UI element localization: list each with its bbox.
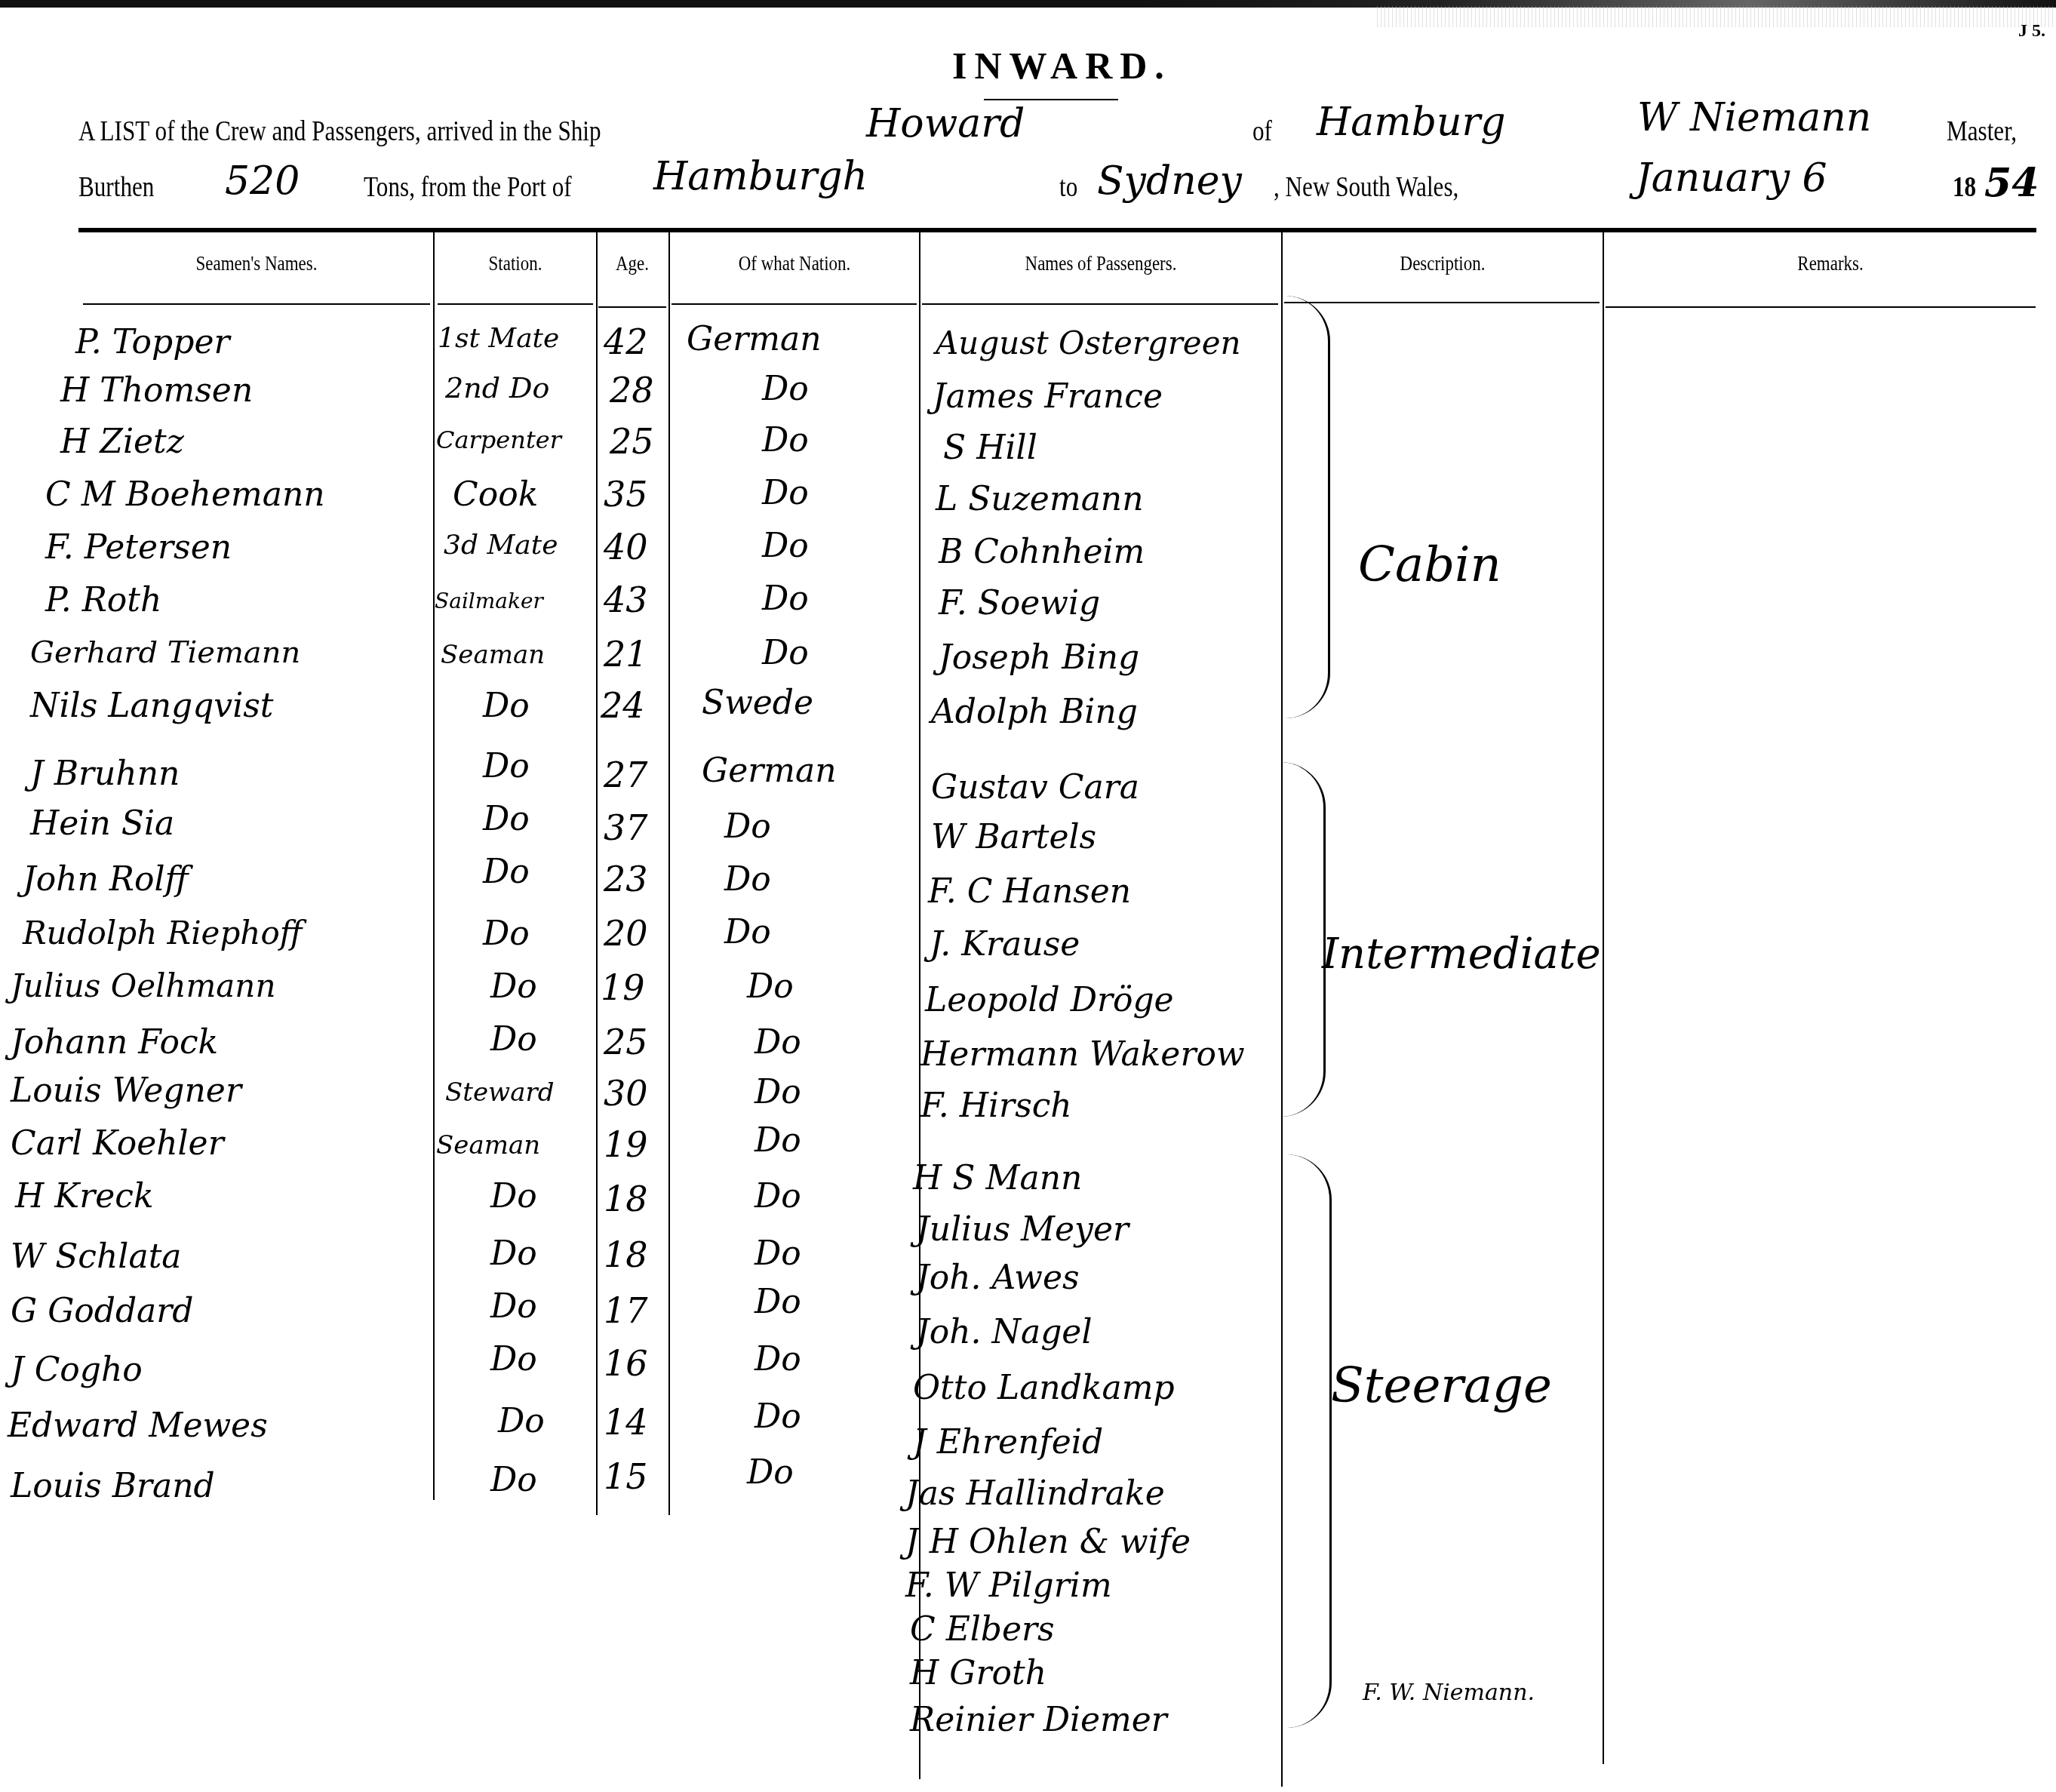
burthen-label: Burthen <box>78 171 154 204</box>
crew-nation: Do <box>754 1397 801 1436</box>
crew-nation: Do <box>754 1283 801 1321</box>
passenger-name: Julius Meyer <box>916 1210 1129 1249</box>
crew-nation: Do <box>747 967 794 1006</box>
crew-station: Do <box>490 967 537 1006</box>
crew-age: 19 <box>604 1124 648 1165</box>
crew-name: F. Petersen <box>45 528 232 567</box>
colony-label: , New South Wales, <box>1274 171 1458 204</box>
manifest-page: INWARD. J 5. A LIST of the Crew and Pass… <box>0 0 2056 1792</box>
crew-age: 28 <box>610 370 654 410</box>
crew-nation: Do <box>754 1340 801 1379</box>
passenger-name: Joh. Nagel <box>916 1313 1092 1351</box>
crew-age: 24 <box>601 685 645 726</box>
passenger-name: Leopold Dröge <box>925 981 1174 1019</box>
header-nation: Of what Nation. <box>693 252 897 276</box>
tons-value: 520 <box>225 158 300 204</box>
passenger-name: W Bartels <box>931 818 1096 856</box>
crew-station: Do <box>490 1177 537 1216</box>
crew-name: Louis Brand <box>11 1467 215 1505</box>
crew-nation: Do <box>754 1121 801 1160</box>
crew-station: Cook <box>453 475 538 514</box>
tons-label: Tons, from the Port of <box>364 171 572 204</box>
crew-station: Do <box>498 1402 545 1440</box>
passenger-name: J. Krause <box>930 925 1080 964</box>
passenger-name: J Ehrenfeid <box>913 1423 1103 1462</box>
crew-age: 37 <box>604 807 648 848</box>
ship-port-field: Hamburg <box>1317 100 1506 145</box>
crew-name: John Rolff <box>23 860 189 899</box>
header-underline <box>1606 306 2036 308</box>
crew-nation: German <box>687 320 822 358</box>
crew-name: Rudolph Riephoff <box>23 914 302 951</box>
crew-station: Do <box>490 1340 537 1379</box>
header-seamen-names: Seamen's Names. <box>114 252 398 276</box>
crew-station: 2nd Do <box>445 371 549 404</box>
header-age: Age. <box>603 252 662 276</box>
list-heading-text: A LIST of the Crew and Passengers, arriv… <box>78 115 601 148</box>
crew-age: 40 <box>604 527 648 567</box>
of-label: of <box>1252 115 1272 148</box>
passenger-name: S Hill <box>943 429 1037 467</box>
crew-station: Do <box>490 1234 537 1273</box>
crew-name: H Thomsen <box>60 371 253 410</box>
crew-age: 18 <box>604 1234 648 1275</box>
crew-station: Do <box>483 747 530 785</box>
crew-name: P. Topper <box>75 323 230 361</box>
crew-nation: Do <box>754 1023 801 1062</box>
crew-nation: Do <box>754 1177 801 1216</box>
crew-age: 42 <box>604 321 648 362</box>
passenger-name: Joseph Bing <box>939 638 1139 677</box>
passenger-name: Reinier Diemer <box>910 1701 1167 1739</box>
destination-field: Sydney <box>1097 158 1242 204</box>
crew-age: 25 <box>610 421 654 462</box>
passenger-name: H Groth <box>910 1654 1046 1692</box>
crew-name: Carl Koehler <box>11 1124 224 1163</box>
crew-nation: Do <box>762 579 809 618</box>
crew-nation: Do <box>762 634 809 672</box>
passenger-name: Otto Landkamp <box>913 1369 1175 1407</box>
header-underline <box>83 303 430 305</box>
crew-name: Gerhard Tiemann <box>30 635 300 670</box>
passenger-name: Adolph Bing <box>931 693 1138 731</box>
crew-age: 27 <box>604 755 648 795</box>
crew-age: 15 <box>604 1456 648 1497</box>
crew-name: J Bruhnn <box>30 755 180 793</box>
master-name-field: W Niemann <box>1637 95 1871 140</box>
table-top-rule <box>78 228 2036 232</box>
crew-name: C M Boehemann <box>45 475 325 514</box>
passenger-name: J H Ohlen & wife <box>905 1523 1191 1561</box>
passenger-name: Joh. Awes <box>916 1259 1080 1297</box>
crew-name: Nils Langqvist <box>30 687 274 725</box>
header-underline <box>672 303 917 305</box>
crew-age: 21 <box>604 634 648 675</box>
ship-name-field: Howard <box>866 101 1025 146</box>
crew-nation: Do <box>762 370 809 408</box>
crew-station: Do <box>483 687 530 725</box>
scan-noise <box>1377 6 2056 27</box>
crew-age: 14 <box>604 1402 648 1443</box>
passenger-name: F. W Pilgrim <box>905 1566 1112 1605</box>
passenger-name: August Ostergreen <box>936 324 1241 361</box>
crew-station: Do <box>490 1461 537 1499</box>
crew-name: J Cogho <box>11 1351 143 1389</box>
description-cabin: Cabin <box>1358 537 1501 593</box>
crew-station: Do <box>483 853 530 891</box>
crew-station: 1st Mate <box>438 323 559 354</box>
crew-name: Hein Sia <box>30 804 174 843</box>
crew-station: Steward <box>445 1077 554 1108</box>
header-passenger-names: Names of Passengers. <box>953 252 1249 276</box>
passenger-name: C Elbers <box>910 1610 1055 1649</box>
crew-nation: Do <box>724 807 771 846</box>
passenger-name: H S Mann <box>913 1159 1082 1197</box>
crew-nation: Do <box>754 1234 801 1273</box>
crew-nation: Do <box>762 527 809 565</box>
crew-station: Seaman <box>436 1130 540 1160</box>
crew-age: 18 <box>604 1179 648 1219</box>
crew-nation: Swede <box>702 684 813 722</box>
crew-age: 30 <box>604 1073 648 1114</box>
crew-station: Do <box>490 1287 537 1326</box>
column-divider <box>596 232 598 1515</box>
header-underline <box>1284 302 1600 303</box>
crew-name: Julius Oelhmann <box>11 967 275 1004</box>
year-suffix: 54 <box>1984 160 2039 206</box>
crew-age: 25 <box>604 1022 648 1062</box>
crew-age: 19 <box>601 967 645 1008</box>
passenger-name: Hermann Wakerow <box>920 1035 1245 1074</box>
crew-name: P. Roth <box>45 581 161 619</box>
crew-station: Do <box>483 800 530 838</box>
crew-age: 23 <box>604 859 648 899</box>
crew-age: 20 <box>604 913 648 954</box>
crew-nation: Do <box>747 1453 794 1492</box>
crew-station: Do <box>490 1020 537 1059</box>
passenger-name: F. C Hansen <box>928 872 1131 911</box>
header-description: Description. <box>1311 252 1574 276</box>
header-remarks: Remarks. <box>1645 252 2016 276</box>
from-port-field: Hamburgh <box>653 154 868 199</box>
title-underline <box>984 99 1118 100</box>
intermediate-bracket <box>1275 762 1326 1117</box>
passenger-name: F. Hirsch <box>920 1087 1072 1125</box>
passenger-name: Jas Hallindrake <box>905 1474 1165 1513</box>
page-reference: J 5. <box>2018 21 2045 41</box>
cabin-bracket <box>1275 296 1330 718</box>
arrival-date-field: January 6 <box>1636 155 1827 201</box>
steerage-bracket <box>1275 1154 1332 1728</box>
crew-name: H Zietz <box>60 423 184 461</box>
crew-name: Johann Fock <box>11 1023 218 1062</box>
column-divider <box>433 232 435 1500</box>
crew-name: G Goddard <box>11 1292 194 1330</box>
crew-station: 3d Mate <box>444 530 558 561</box>
passenger-name: James France <box>933 377 1163 416</box>
crew-station: Carpenter <box>436 426 561 454</box>
column-divider <box>1603 232 1604 1764</box>
crew-nation: German <box>702 752 837 790</box>
passenger-name: L Suzemann <box>936 480 1144 518</box>
passenger-name: B Cohnheim <box>939 533 1145 571</box>
crew-nation: Do <box>724 860 771 899</box>
crew-name: H Kreck <box>15 1177 154 1216</box>
header-station: Station. <box>450 252 580 276</box>
crew-nation: Do <box>762 474 809 512</box>
crew-nation: Do <box>724 913 771 951</box>
master-signature: F. W. Niemann. <box>1363 1680 1535 1706</box>
crew-age: 16 <box>604 1343 648 1384</box>
passenger-name: Gustav Cara <box>931 768 1139 807</box>
crew-age: 43 <box>604 579 648 620</box>
crew-age: 17 <box>604 1290 648 1331</box>
crew-age: 35 <box>604 474 648 515</box>
crew-station: Seaman <box>441 640 545 670</box>
column-divider <box>668 232 670 1515</box>
crew-name: Edward Mewes <box>8 1406 268 1445</box>
header-underline <box>598 306 666 308</box>
crew-station: Sailmaker <box>435 589 543 613</box>
header-underline <box>922 303 1278 305</box>
crew-station: Do <box>483 914 530 953</box>
description-intermediate: Intermediate <box>1322 930 1601 979</box>
master-label: Master, <box>1947 115 2017 148</box>
to-label: to <box>1059 171 1077 204</box>
crew-nation: Do <box>762 421 809 460</box>
description-steerage: Steerage <box>1331 1358 1552 1414</box>
header-underline <box>438 303 593 305</box>
year-prefix: 18 <box>1953 171 1976 204</box>
crew-nation: Do <box>754 1073 801 1111</box>
crew-name: Louis Wegner <box>11 1071 241 1110</box>
document-title: INWARD. <box>952 44 1172 88</box>
passenger-name: F. Soewig <box>939 584 1100 622</box>
crew-name: W Schlata <box>11 1237 182 1276</box>
